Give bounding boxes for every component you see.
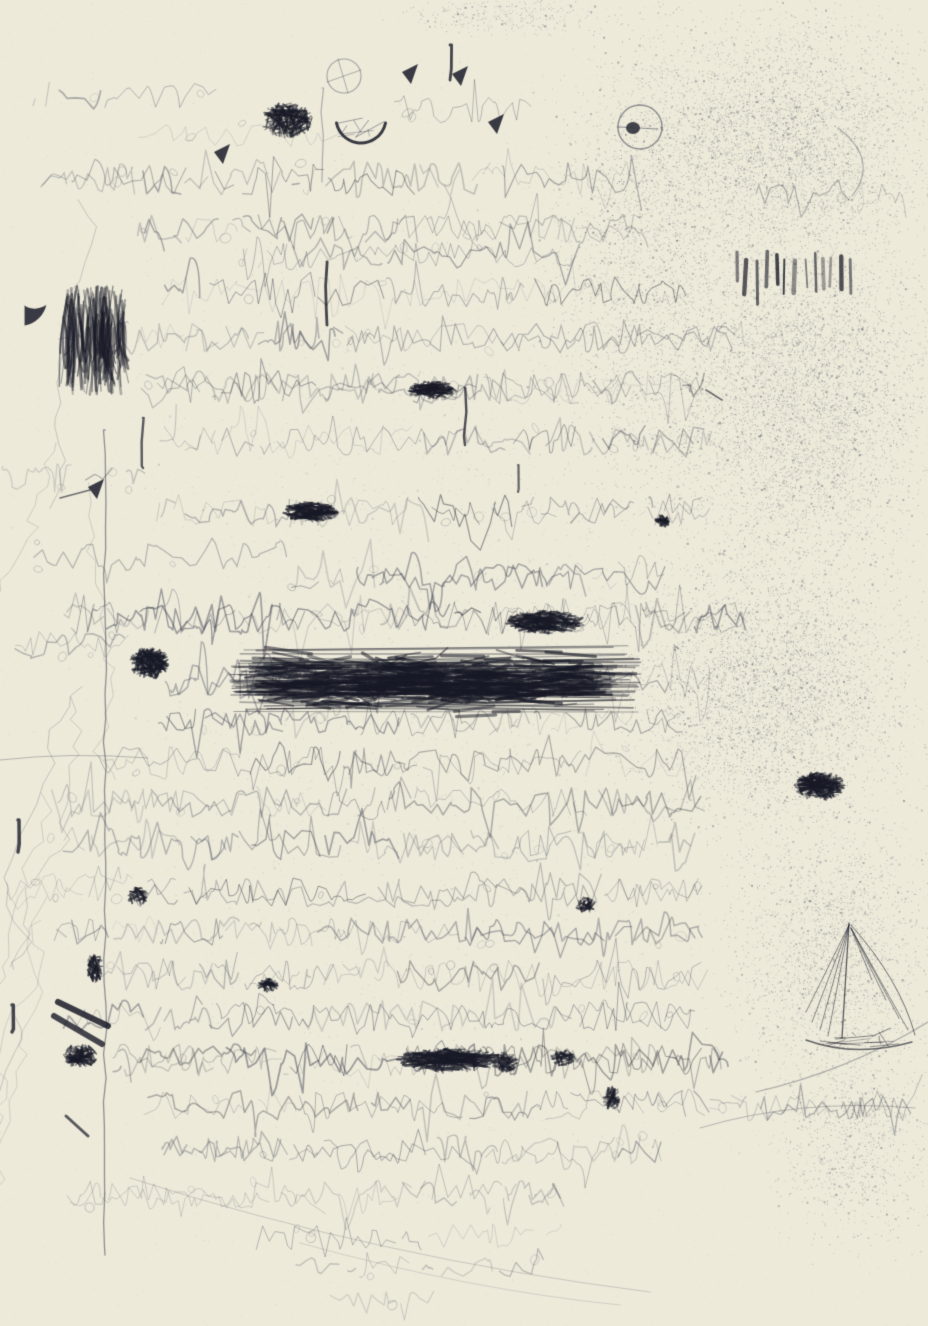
asemic-ink-drawing-canvas [0,0,928,1326]
artwork-page [0,0,928,1326]
